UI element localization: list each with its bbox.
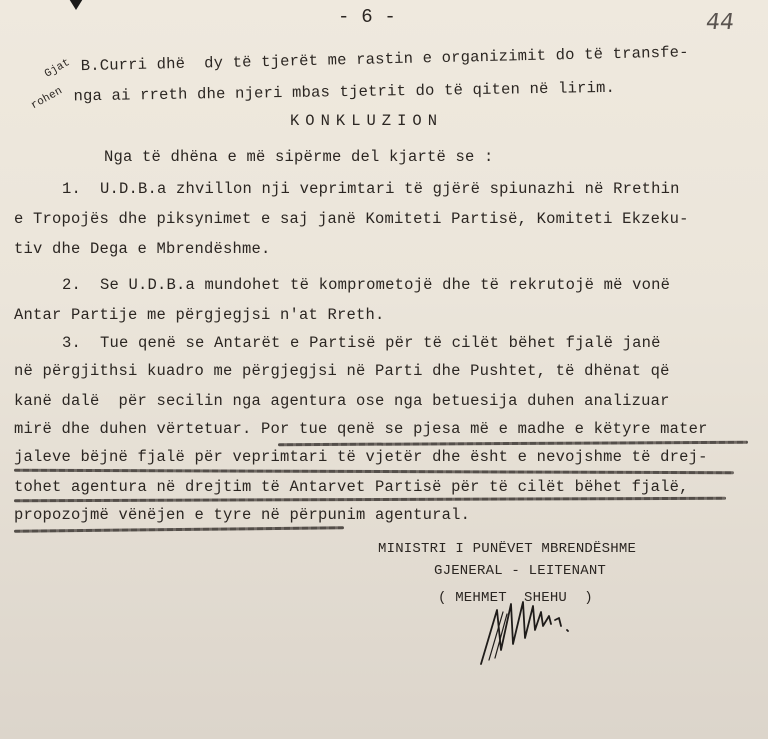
point-number: 3. (62, 334, 81, 352)
document-page: - 6 - 44 Gjat B.Curri dhë dy të tjerët m… (0, 0, 768, 739)
curled-prefix: rohen (29, 85, 65, 112)
point-3-line-5: jaleve bëjnë fjalë për veprimtari të vje… (14, 448, 708, 466)
point-2-line-1: 2. Se U.D.B.a mundohet të komprometojë d… (62, 276, 670, 294)
point-3-line-7: propozojmë vënëjen e tyre në përpunim ag… (14, 506, 470, 524)
point-1-line-1: 1. U.D.B.a zhvillon nji veprimtari të gj… (62, 180, 680, 198)
pencil-underline (14, 526, 344, 532)
point-number: 2. (62, 276, 81, 294)
point-3-line-1: 3. Tue qenë se Antarët e Partisë për të … (62, 334, 661, 352)
point-text: U.D.B.a zhvillon nji veprimtari të gjërë… (100, 180, 680, 198)
handwritten-folio-number: 44 (704, 10, 736, 35)
point-3-line-4: mirë dhe duhen vërtetuar. Por tue qenë s… (14, 420, 708, 438)
page-number: - 6 - (338, 6, 396, 28)
pencil-underline (278, 441, 748, 446)
point-2-line-2: Antar Partije me përgjegjsi n'at Rreth. (14, 306, 385, 324)
point-text: Tue qenë se Antarët e Partisë për të cil… (100, 334, 661, 352)
point-3-line-6: tohet agentura në drejtim të Antarvet Pa… (14, 478, 689, 496)
intro-line: Nga të dhëna e më sipërme del kjartë se … (104, 148, 494, 166)
handwritten-signature-icon (475, 590, 585, 670)
point-3-line-3: kanë dalë për secilin nga agentura ose n… (14, 392, 670, 410)
continuation-line-1: Gjat B.Curri dhë dy të tjerët me rastin … (44, 43, 689, 76)
corner-mark-icon (66, 0, 86, 10)
point-3-line-2: në përgjithsi kuadro me përgjegjsi në Pa… (14, 362, 670, 380)
continuation-text: nga ai rreth dhe njeri mbas tjetrit do t… (73, 79, 615, 106)
continuation-line-2: rohen nga ai rreth dhe njeri mbas tjetri… (30, 79, 615, 106)
point-1-line-3: tiv dhe Dega e Mbrendëshme. (14, 240, 271, 258)
pencil-underline (14, 497, 726, 502)
point-text: Se U.D.B.a mundohet të komprometojë dhe … (100, 276, 670, 294)
signatory-rank: GJENERAL - LEITENANT (434, 563, 606, 579)
continuation-text: B.Curri dhë dy të tjerët me rastin e org… (81, 43, 689, 75)
point-1-line-2: e Tropojës dhe piksynimet e saj janë Kom… (14, 210, 689, 228)
section-heading: KONKLUZION (290, 112, 443, 130)
curled-prefix: Gjat (43, 57, 73, 81)
pencil-underline (14, 469, 734, 475)
signatory-title: MINISTRI I PUNËVET MBRENDËSHME (378, 541, 636, 557)
point-number: 1. (62, 180, 81, 198)
